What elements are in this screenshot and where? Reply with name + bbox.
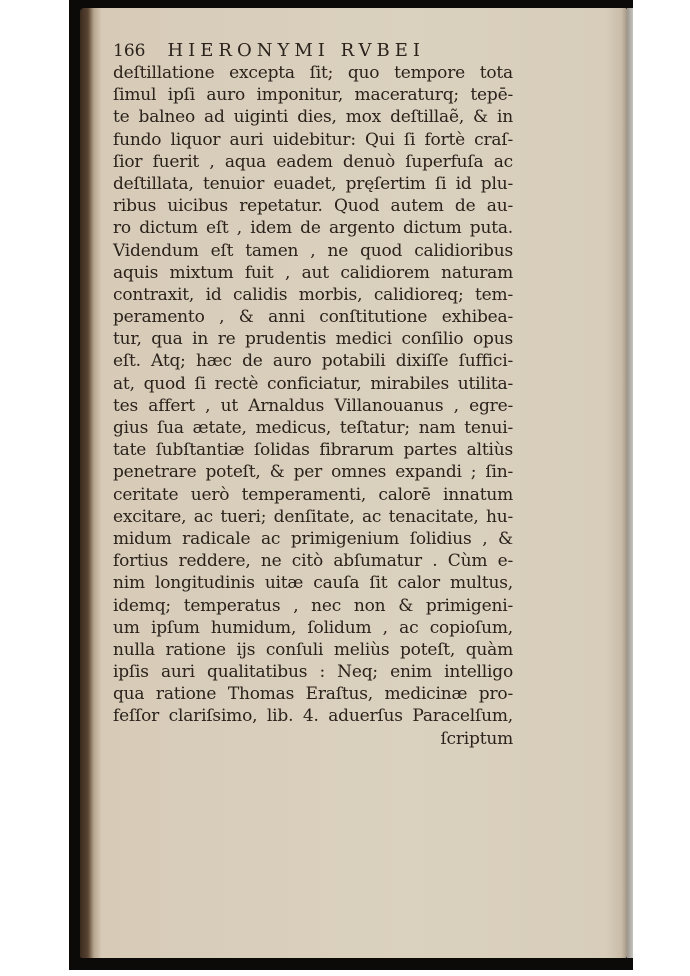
text-line: eſt. Atq; hæc de auro potabili dixiſſe ſ… [113,350,513,372]
text-line: deſtillatione excepta ſit; quo tempore t… [113,62,513,84]
text-line: aquis mixtum fuit , aut calidiorem natur… [113,262,513,284]
text-line: tes affert , ut Arnaldus Villanouanus , … [113,395,513,417]
text-line: ro dictum eſt , idem de argento dictum p… [113,217,513,239]
text-line: at, quod ſi rectè conficiatur, mirabiles… [113,373,513,395]
text-line: peramento , & anni conſtitutione exhibea… [113,306,513,328]
text-line: fortius reddere, ne citò abſumatur . Cùm… [113,550,513,572]
text-line: tate ſubſtantiæ ſolidas fibrarum partes … [113,439,513,461]
text-line: midum radicale ac primigenium ſolidius ,… [113,528,513,550]
text-line: qua ratione Thomas Eraſtus, medicinæ pro… [113,683,513,705]
text-line: ribus uicibus repetatur. Quod autem de a… [113,195,513,217]
text-line: tur, qua in re prudentis medici conſilio… [113,328,513,350]
text-line: te balneo ad uiginti dies, mox deſtillaẽ… [113,106,513,128]
text-line: ſimul ipſi auro imponitur, maceraturq; t… [113,84,513,106]
text-line: contraxit, id calidis morbis, calidioreq… [113,284,513,306]
text-block: 166 HIERONYMI RVBEI deſtillatione except… [113,40,513,750]
text-line: deſtillata, tenuior euadet, pręſertim ſi… [113,173,513,195]
text-line: ceritate uerò temperamenti, calorē innat… [113,484,513,506]
text-line: feſſor clariſsimo, lib. 4. aduerſus Para… [113,705,513,727]
body-text: deſtillatione excepta ſit; quo tempore t… [113,62,513,728]
text-line: idemq; temperatus , nec non & primigeni- [113,595,513,617]
catchword: ſcriptum [113,728,513,750]
text-line: penetrare poteſt, & per omnes expandi ; … [113,461,513,483]
page-number: 166 [113,40,145,62]
text-line: nim longitudinis uitæ cauſa ſit calor mu… [113,572,513,594]
text-line: nulla ratione ijs conſuli meliùs poteſt,… [113,639,513,661]
text-line: ſior fuerit , aqua eadem denuò ſuperfuſa… [113,151,513,173]
text-line: gius ſua ætate, medicus, teſtatur; nam t… [113,417,513,439]
text-line: Videndum eſt tamen , ne quod calidioribu… [113,240,513,262]
text-line: fundo liquor auri uidebitur: Qui ſi fort… [113,129,513,151]
page-header: 166 HIERONYMI RVBEI [113,40,513,62]
text-line: ipſis auri qualitatibus : Neq; enim inte… [113,661,513,683]
text-line: um ipſum humidum, ſolidum , ac copioſum, [113,617,513,639]
text-line: excitare, ac tueri; denſitate, ac tenaci… [113,506,513,528]
running-title: HIERONYMI RVBEI [167,40,425,62]
